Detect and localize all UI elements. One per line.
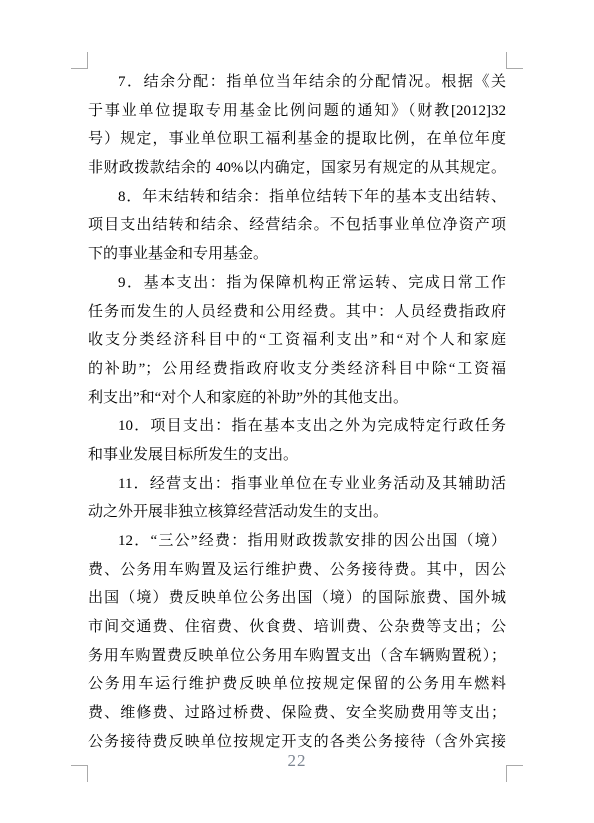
text-line: 10．项目支出：指在基本支出之外为完成特定行政任务 (88, 412, 506, 441)
text-line: 12．“三公”经费：指用财政拨款安排的因公出国（境） (88, 527, 506, 556)
text-line: 公务用车运行维护费反映单位按规定保留的公务用车燃料 (88, 670, 506, 699)
text-boundary-mark-top-right (506, 52, 523, 69)
text-line: 利支出”和“对个人和家庭的补助”外的其他支出。 (88, 384, 506, 413)
text-line: 号）规定，事业单位职工福利基金的提取比例，在单位年度 (88, 125, 506, 154)
text-line: 收支分类经济科目中的“工资福利支出”和“对个人和家庭 (88, 326, 506, 355)
text-line: 非财政拨款结余的 40%以内确定，国家另有规定的从其规定。 (88, 154, 506, 183)
text-line: 8．年末结转和结余：指单位结转下年的基本支出结转、 (88, 183, 506, 212)
text-line: 项目支出结转和结余、经营结余。不包括事业单位净资产项 (88, 211, 506, 240)
document-page: 7．结余分配：指单位当年结余的分配情况。根据《关于事业单位提取专用基金比例问题的… (0, 0, 594, 823)
text-line: 和事业发展目标所发生的支出。 (88, 441, 506, 470)
text-line: 7．结余分配：指单位当年结余的分配情况。根据《关 (88, 68, 506, 97)
text-line: 出国（境）费反映单位公务出国（境）的国际旅费、国外城 (88, 584, 506, 613)
text-line: 下的事业基金和专用基金。 (88, 240, 506, 269)
page-number: 22 (0, 751, 594, 771)
text-line: 动之外开展非独立核算经营活动发生的支出。 (88, 498, 506, 527)
text-line: 9．基本支出：指为保障机构正常运转、完成日常工作 (88, 269, 506, 298)
text-line: 市间交通费、住宿费、伙食费、培训费、公杂费等支出；公 (88, 613, 506, 642)
text-line: 于事业单位提取专用基金比例问题的通知》（财教[2012]32 (88, 97, 506, 126)
text-line: 任务而发生的人员经费和公用经费。其中：人员经费指政府 (88, 298, 506, 327)
text-line: 的补助”；公用经费指政府收支分类经济科目中除“工资福 (88, 355, 506, 384)
text-line: 务用车购置费反映单位公务用车购置支出（含车辆购置税）； (88, 642, 506, 671)
text-line: 费、公务用车购置及运行维护费、公务接待费。其中，因公 (88, 556, 506, 585)
text-line: 费、维修费、过路过桥费、保险费、安全奖励费用等支出； (88, 699, 506, 728)
document-body: 7．结余分配：指单位当年结余的分配情况。根据《关于事业单位提取专用基金比例问题的… (88, 68, 506, 757)
text-boundary-mark-top-left (71, 52, 88, 69)
text-line: 11．经营支出：指事业单位在专业业务活动及其辅助活 (88, 470, 506, 499)
